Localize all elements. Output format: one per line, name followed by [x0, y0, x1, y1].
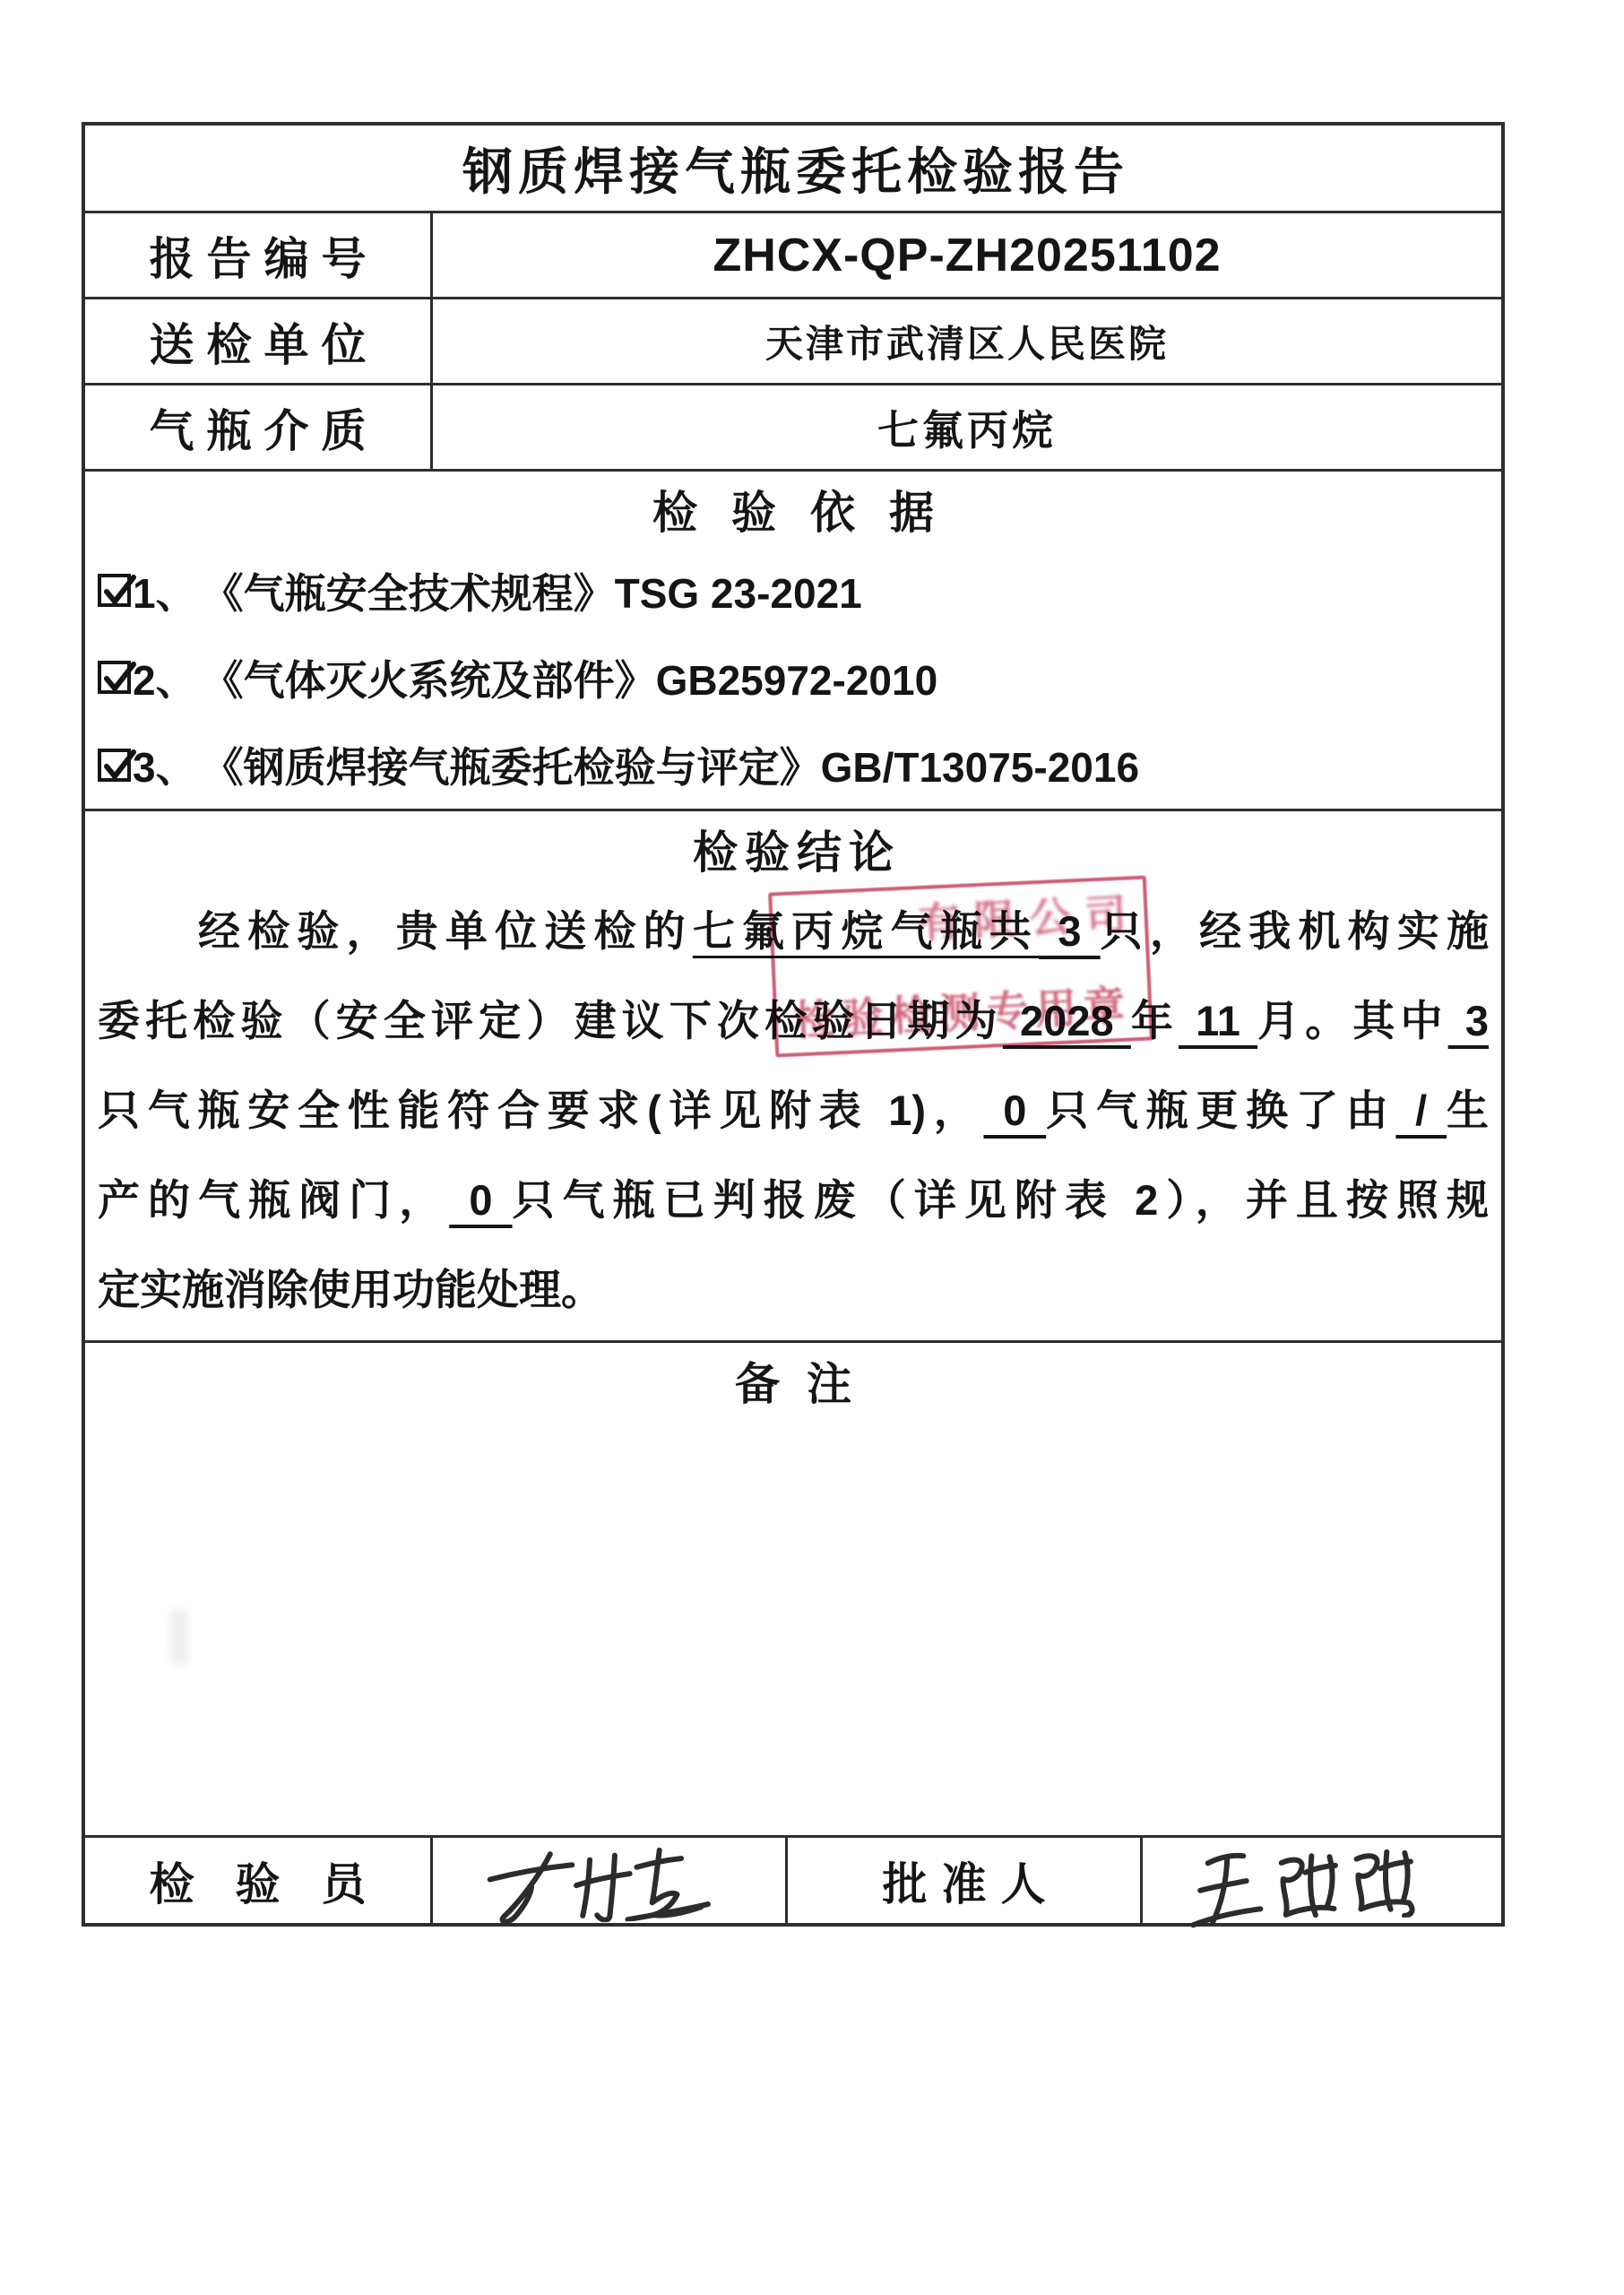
medium-row: 气瓶介质 七氟丙烷 — [85, 383, 1501, 469]
medium-value-cell: 七氟丙烷 — [433, 385, 1501, 469]
approver-label: 批准人 — [883, 1849, 1060, 1913]
basis-items: 1、 《气瓶安全技术规程》TSG 23-2021 2、 《气体灭火系统及部件》G… — [85, 547, 1501, 809]
conclusion-line-3: 只气瓶安全性能符合要求(详见附表 1)， 0 只气瓶更换了由 / 生 — [98, 1066, 1489, 1156]
org-label: 送检单位 — [137, 309, 379, 374]
medium-label: 气瓶介质 — [137, 395, 379, 460]
remarks-section: 备注 — [85, 1340, 1501, 1835]
checkbox-checked-icon — [98, 574, 131, 607]
basis-item-text: 《钢质焊接气瓶委托检验与评定》GB/T13075-2016 — [203, 735, 1139, 794]
checkbox-checked-icon — [98, 749, 131, 782]
conclusion-text: 只气瓶更换了由 — [1046, 1087, 1395, 1134]
report-number-label: 报告编号 — [137, 223, 379, 288]
basis-item-3: 3、 《钢质焊接气瓶委托检验与评定》GB/T13075-2016 — [98, 722, 1489, 809]
medium-value: 七氟丙烷 — [877, 398, 1057, 457]
conclusion-line-4: 产的气瓶阀门， 0 只气瓶已判报废（详见附表 2），并且按照规 — [98, 1156, 1489, 1245]
signoff-row: 检验员 批准人 — [85, 1835, 1501, 1923]
conclusion-text: 定实施消除使用功能处理。 — [98, 1266, 603, 1313]
conclusion-text: 只气瓶已判报废（详见附表 2），并且按照规 — [513, 1176, 1489, 1224]
stamp-company-name: 有限公司 — [768, 881, 1142, 957]
basis-item-text: 《气体灭火系统及部件》GB25972-2010 — [203, 648, 938, 707]
basis-item-1: 1、 《气瓶安全技术规程》TSG 23-2021 — [98, 547, 1489, 634]
scanned-report-page: 钢质焊接气瓶委托检验报告 报告编号 ZHCX-QP-ZH20251102 送检单… — [0, 0, 1624, 2295]
conclusion-text: 只气瓶安全性能符合要求(详见附表 1)， — [98, 1087, 983, 1134]
filled-count-scrapped: 0 — [449, 1176, 512, 1224]
inspector-signature — [484, 1840, 729, 1926]
org-row: 送检单位 天津市武清区人民医院 — [85, 297, 1501, 383]
inspector-label-cell: 检验员 — [85, 1838, 433, 1923]
conclusion-text: 经检验，贵单位送检的 — [198, 907, 693, 955]
basis-item-text: 《气瓶安全技术规程》TSG 23-2021 — [203, 561, 862, 620]
title-row: 钢质焊接气瓶委托检验报告 — [85, 126, 1501, 211]
conclusion-text: 生 — [1447, 1087, 1489, 1134]
report-number-row: 报告编号 ZHCX-QP-ZH20251102 — [85, 211, 1501, 297]
approver-signature — [1180, 1838, 1453, 1929]
title-cell: 钢质焊接气瓶委托检验报告 — [85, 126, 1501, 211]
filled-count-passed: 3 — [1448, 997, 1489, 1044]
medium-label-cell: 气瓶介质 — [85, 385, 433, 469]
red-company-stamp: 有限公司 检验检测专用章 — [768, 876, 1153, 1058]
conclusion-text: 月。其中 — [1257, 997, 1448, 1044]
basis-heading: 检验依据 — [85, 472, 1501, 547]
basis-item-2: 2、 《气体灭火系统及部件》GB25972-2010 — [98, 634, 1489, 721]
checkbox-checked-icon — [98, 661, 131, 694]
remarks-heading: 备注 — [85, 1343, 1501, 1418]
inspector-signature-cell — [433, 1838, 788, 1923]
filled-count-valve-replaced: 0 — [983, 1087, 1046, 1134]
page-title: 钢质焊接气瓶委托检验报告 — [457, 133, 1129, 204]
report-number-label-cell: 报告编号 — [85, 213, 433, 297]
filled-next-month: 11 — [1179, 997, 1257, 1044]
basis-section: 检验依据 1、 《气瓶安全技术规程》TSG 23-2021 2、 《气体灭火系统… — [85, 469, 1501, 809]
org-label-cell: 送检单位 — [85, 299, 433, 383]
report-number-value-cell: ZHCX-QP-ZH20251102 — [433, 213, 1501, 297]
stamp-seal-text: 检验检测专用章 — [776, 973, 1150, 1049]
conclusion-line-5: 定实施消除使用功能处理。 — [98, 1245, 1489, 1335]
conclusion-section: 检验结论 经检验，贵单位送检的七氟丙烷气瓶共 3 只，经我机构实施 委托检验（安… — [85, 809, 1501, 1340]
conclusion-text: 只，经我机构实施 — [1101, 907, 1489, 955]
filled-valve-maker: / — [1395, 1087, 1447, 1134]
report-number-value: ZHCX-QP-ZH20251102 — [713, 229, 1221, 282]
approver-label-cell: 批准人 — [788, 1838, 1143, 1923]
inspector-label: 检验员 — [150, 1849, 408, 1913]
conclusion-text: 产的气瓶阀门， — [98, 1176, 449, 1224]
scan-smudge-artifact — [170, 1609, 188, 1665]
org-value: 天津市武清区人民医院 — [765, 315, 1169, 368]
approver-signature-cell — [1143, 1838, 1501, 1923]
org-value-cell: 天津市武清区人民医院 — [433, 299, 1501, 383]
conclusion-heading: 检验结论 — [85, 811, 1501, 887]
